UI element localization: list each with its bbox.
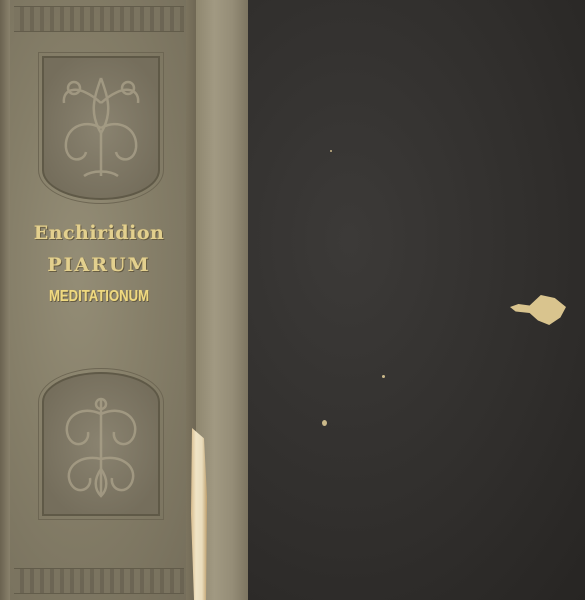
title-line-2: PIARUM (14, 256, 184, 275)
spine-left-edge (0, 0, 10, 600)
bottom-ornamental-band (14, 568, 184, 594)
top-ornamental-panel (42, 56, 160, 200)
title-line-1: Enchiridion (14, 224, 184, 243)
scroll-ornament-icon (44, 374, 158, 514)
cover-speck (330, 150, 332, 152)
spine-title: Enchiridion PIARUM MEDITATIONUM (14, 222, 184, 305)
bottom-ornamental-panel (42, 372, 160, 516)
fleur-ornament-icon (44, 58, 158, 198)
cover-speck (322, 420, 327, 426)
book-spine: Enchiridion PIARUM MEDITATIONUM (0, 0, 196, 600)
top-ornamental-band (14, 6, 184, 32)
title-line-3: MEDITATIONUM (29, 289, 168, 305)
front-cover-board (248, 0, 585, 600)
book-photo: Enchiridion PIARUM MEDITATIONUM (0, 0, 585, 600)
cover-speck (382, 375, 385, 378)
